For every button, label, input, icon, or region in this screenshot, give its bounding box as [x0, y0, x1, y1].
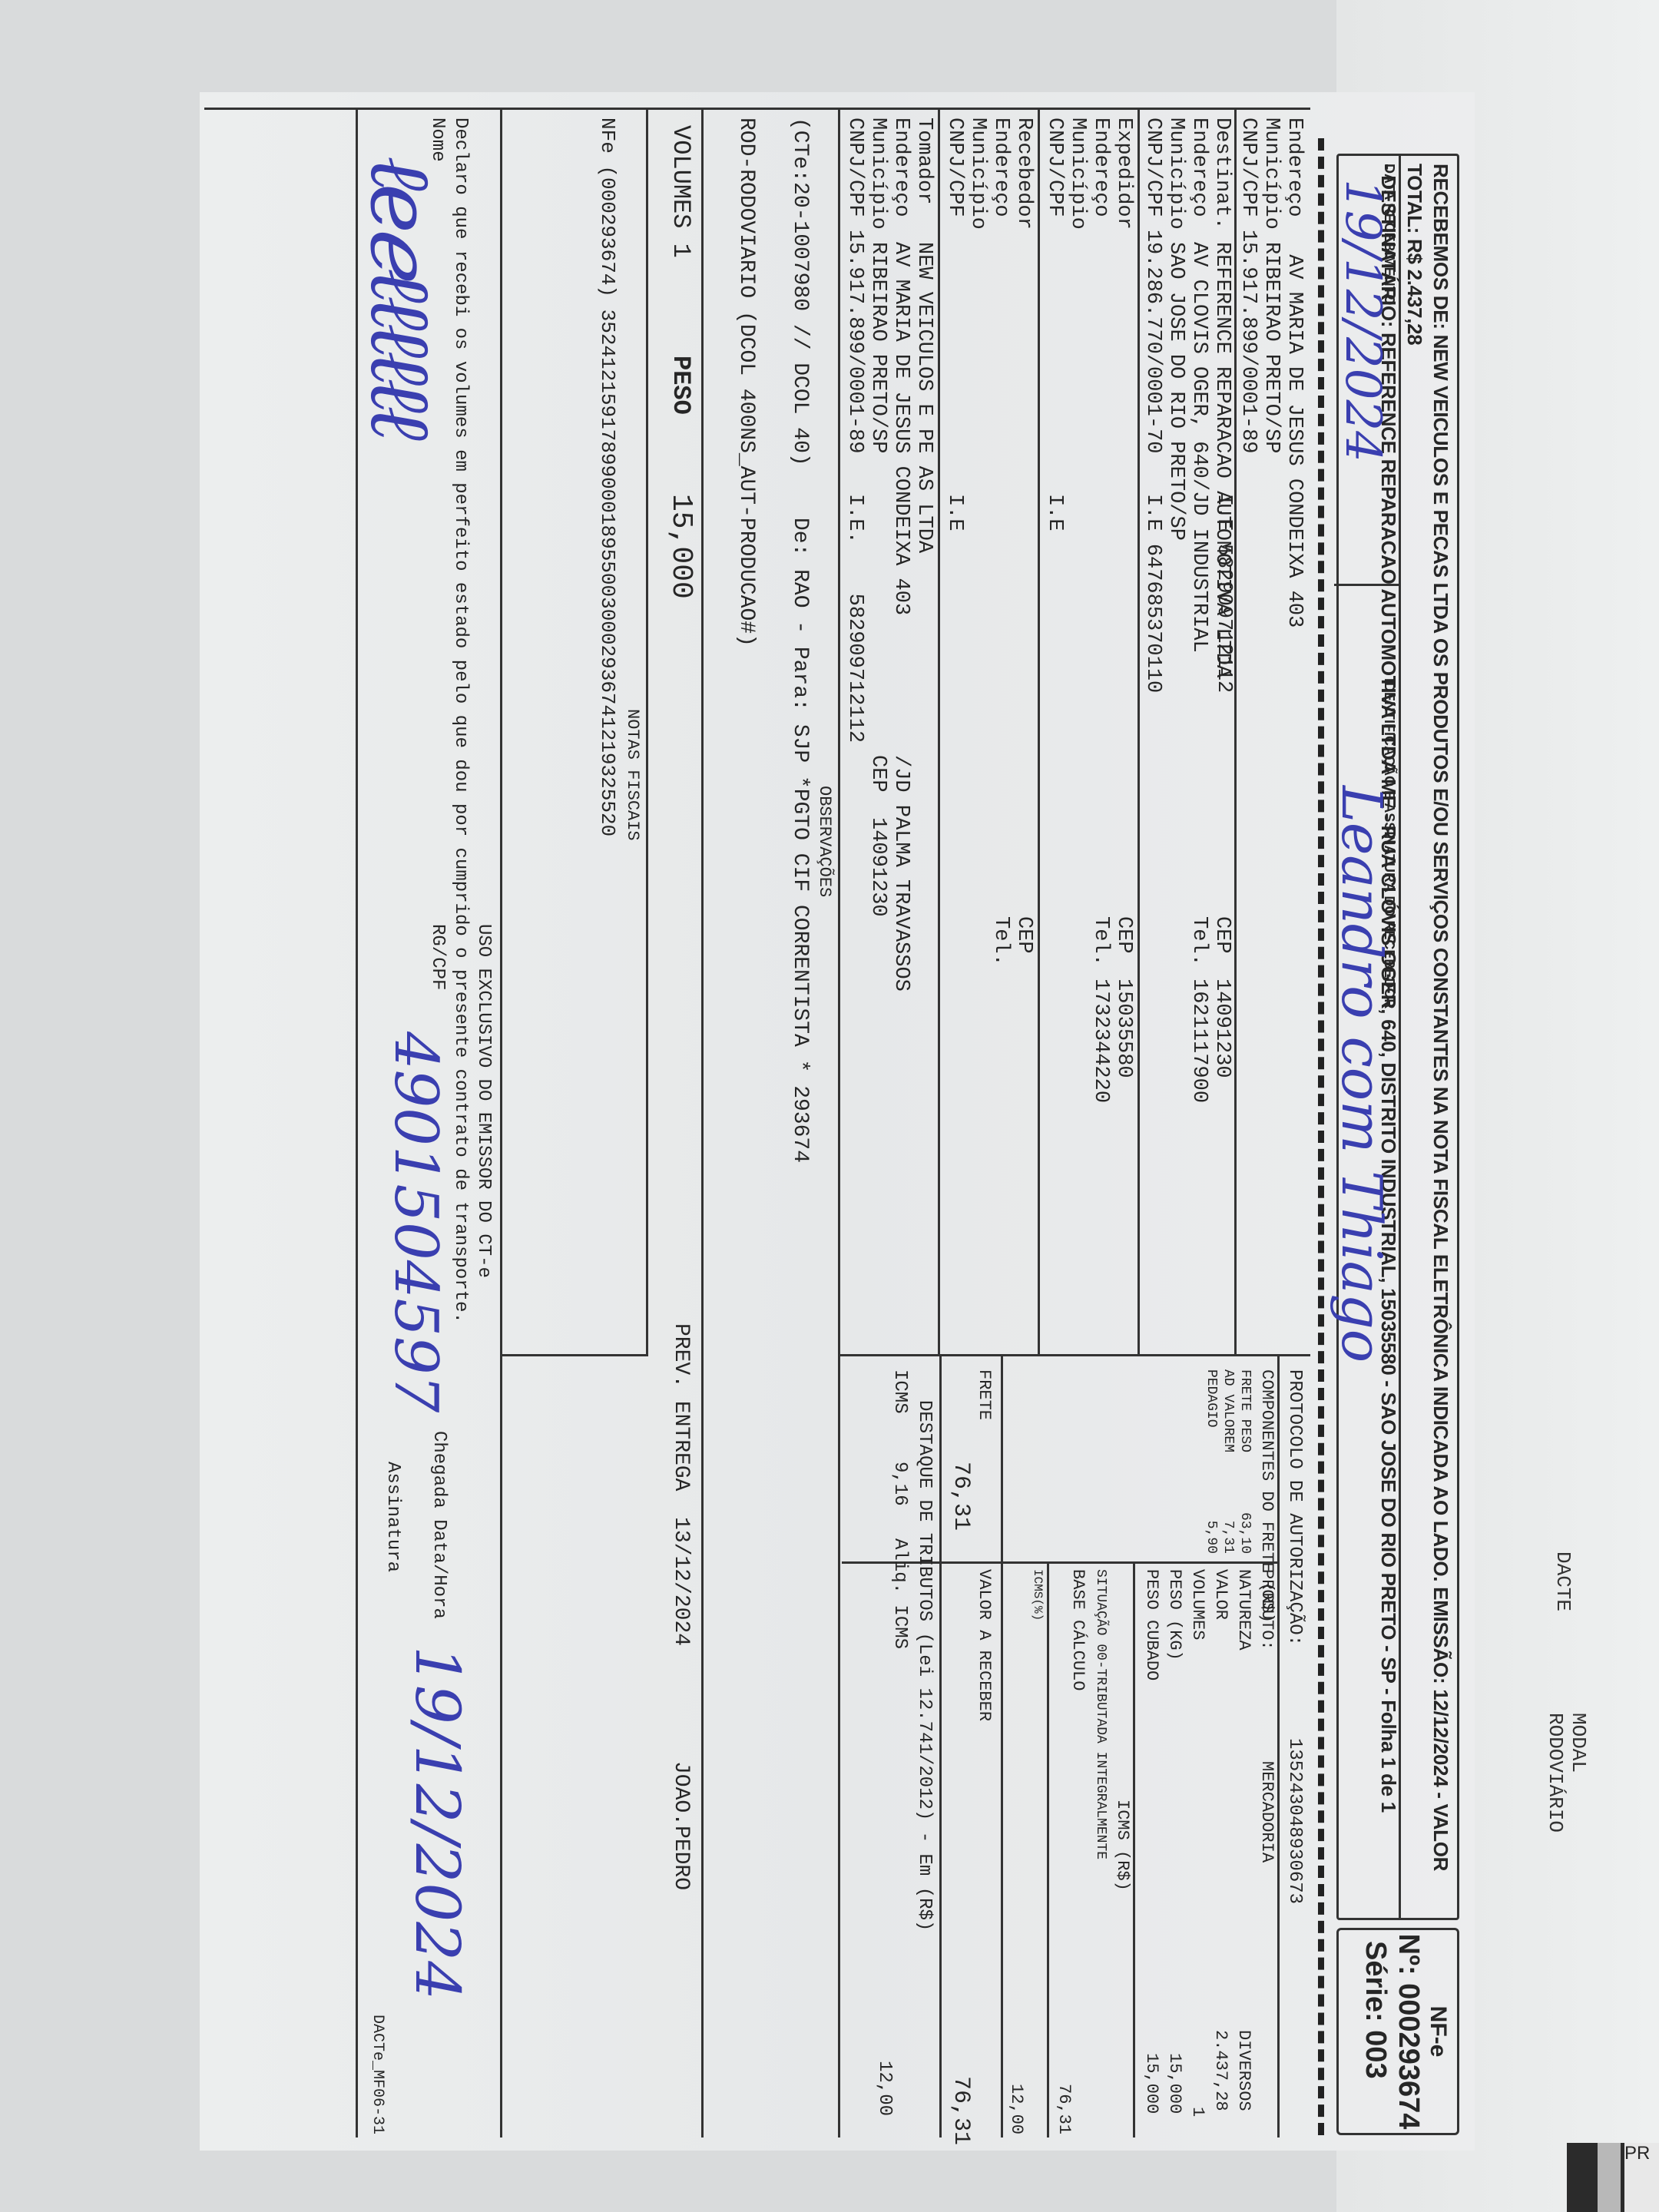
recebedor-tel-label: Tel.: [989, 916, 1012, 966]
receipt-date-handwriting: 19/12/2024: [1334, 179, 1391, 462]
valor-label: VALOR: [1212, 1569, 1229, 1620]
observacoes-title: OBSERVAÇÕES: [813, 786, 836, 897]
divider: [1047, 1561, 1049, 2137]
label: PREV. ENTREGA: [669, 1323, 693, 1491]
recebedor-cnpj-label: CNPJ/CPF: [943, 118, 966, 217]
receiver-signature-field[interactable]: IDENTIFICAÇÃO E ASSINATURA DO RECEBEDOR …: [1334, 586, 1399, 1918]
expedidor-cep: CEP 15035580: [1112, 916, 1135, 1078]
receipt-stub: RECEBEMOS DE: NEW VEICULOS E PECAS LTDA …: [1336, 154, 1459, 1920]
frete-value: 76,31: [949, 1462, 972, 1531]
divider: [356, 110, 358, 2137]
divider: [840, 1354, 1310, 1356]
rg-label: RG/CPF: [426, 924, 449, 990]
destinatario-endereco: Endereço AV CLOVIS OGER, 640/JD INDUSTRI…: [1187, 118, 1210, 653]
value: REFERENCE REPARACAO AUTOMOTIVA LTDA: [1210, 242, 1233, 677]
label: VOLUMES: [667, 125, 695, 228]
assinatura-label: Assinatura: [381, 1462, 404, 1572]
value: 1621117900: [1187, 979, 1210, 1103]
expedidor-endereco-label: Endereço: [1089, 118, 1112, 217]
notas-fiscais-title: NOTAS FISCAIS: [621, 709, 644, 841]
componente-label: PEDAGIO: [1203, 1369, 1220, 1428]
label: Tel.: [1187, 916, 1210, 966]
label: Município: [1260, 118, 1283, 230]
valor-receber-label: VALOR A RECEBER: [972, 1569, 995, 1721]
expedidor-municipio-label: Município: [1066, 118, 1089, 230]
chegada-handwriting: 19/12/2024: [402, 1646, 473, 2000]
label: I.E: [1141, 494, 1164, 531]
tributos-title: DESTAQUE DE TRIBUTOS (Lei 12.741/2012) -…: [912, 1400, 935, 1931]
prev-entrega: PREV. ENTREGA 13/12/2024: [665, 1323, 696, 1646]
value: 14091230: [866, 817, 889, 917]
value: 15035580: [1112, 979, 1135, 1078]
value: RIBEIRAO PRETO/SP: [1260, 242, 1283, 453]
divider: [938, 110, 940, 1354]
tomador-municipio: Município RIBEIRAO PRETO/SP: [866, 118, 889, 453]
componente-label: AD VALOREM: [1220, 1369, 1237, 1452]
peso-cubado-label: PESO CUBADO: [1143, 1569, 1160, 1681]
icms-title: ICMS (R$): [1114, 1800, 1131, 1891]
value: 582909712112: [843, 594, 866, 743]
divider: [1038, 110, 1040, 1354]
label: CEP: [1210, 916, 1233, 954]
componente-label: FRETE PESO: [1237, 1369, 1253, 1452]
divider: [502, 1354, 648, 1356]
tomador-ie: I.E. 582909712112: [843, 494, 866, 743]
divider: [942, 1561, 1003, 1564]
dacte-document: RECEBEMOS DE: NEW VEICULOS E PECAS LTDA …: [200, 92, 1475, 2151]
recebedor-municipio-label: Município: [966, 118, 989, 230]
observacoes-line2: ROD-RODOVIARIO (DCOL 400NS_AUT-PRODUCAO#…: [734, 118, 757, 647]
natureza-label: NATUREZA: [1235, 1569, 1252, 1651]
divider: [939, 1354, 942, 2137]
valor-value: 2.437,28: [1212, 2030, 1229, 2111]
componente-value: 63,10: [1237, 1512, 1253, 1554]
label: Endereço: [1187, 118, 1210, 217]
dacte-label: DACTE: [1551, 1551, 1575, 1611]
rg-handwriting: 4901504597: [381, 1031, 450, 1412]
label: CEP: [1112, 916, 1135, 954]
destinatario-nome: Destinat. REFERENCE REPARACAO AUTOMOTIVA…: [1210, 118, 1233, 677]
label: Tel.: [1089, 916, 1112, 966]
divider: [1001, 1354, 1003, 2137]
remetente-cnpj: CNPJ/CPF 15.917.899/0001-89: [1237, 118, 1260, 453]
value: 1: [667, 243, 695, 258]
dacte-body: Endereço AV MARIA DE JESUS CONDEIXA 403 …: [204, 108, 1310, 2135]
componente-row: PEDAGIO5,90: [1203, 1369, 1220, 1554]
nome-label: Nome: [426, 118, 449, 162]
recebedor-label: Recebedor: [1012, 118, 1035, 230]
componentes-list: FRETE PESO63,10AD VALOREM7,31PEDAGIO5,90: [1203, 1369, 1253, 1554]
value: RIBEIRAO PRETO/SP: [866, 242, 889, 453]
label: Tomador: [912, 118, 935, 204]
destinatario-tel: Tel. 1621117900: [1187, 916, 1210, 1103]
divider: [500, 110, 502, 2137]
peso-label: PESO: [665, 356, 696, 415]
frete-label: FRETE: [972, 1369, 995, 1420]
label: Município: [1164, 118, 1187, 230]
divider: [646, 110, 648, 1354]
nfe-box: NF-e Nº: 000293674 Série: 003: [1336, 1928, 1459, 2135]
corner-tab: PR: [1624, 2143, 1659, 2212]
value: AV CLOVIS OGER, 640/JD INDUSTRIAL: [1187, 242, 1210, 653]
componente-value: 7,31: [1220, 1521, 1237, 1554]
value: 15.917.899/0001-89: [843, 230, 866, 454]
value: AV MARIA DE JESUS CONDEIXA 403: [889, 242, 912, 615]
value: 19.286.770/0001-70: [1141, 230, 1164, 454]
value: 13/12/2024: [669, 1517, 693, 1646]
label: CEP: [866, 755, 889, 793]
label: Destinat.: [1210, 118, 1233, 230]
icms-situacao: SITUAÇÃO 00-TRIBUTADA INTEGRALMENTE: [1092, 1569, 1109, 1859]
destinatario-cnpj: CNPJ/CPF 19.286.770/0001-70: [1141, 118, 1164, 453]
value: 647685370110: [1141, 544, 1164, 693]
produto-label: PRODUTO:: [1258, 1569, 1275, 1651]
receipt-date-field[interactable]: DATA RECEBIMENTO 19/12/2024: [1334, 156, 1399, 586]
label: Município: [866, 118, 889, 230]
form-code: DACTe_MF06-31: [366, 2015, 389, 2134]
produto-value: MERCADORIA: [1258, 1761, 1275, 1863]
divider: [1277, 1354, 1280, 2137]
tributos-icms-label: ICMS: [888, 1369, 911, 1414]
icms-base-value: 76,31: [1055, 2084, 1072, 2134]
peso-kg-label: PESO (KG): [1166, 1569, 1183, 1661]
icms-base-label: BASE CÁLCULO: [1069, 1569, 1086, 1690]
label: I.E.: [843, 494, 866, 544]
tomador-nome: Tomador NEW VEICULOS E PE AS LTDA: [912, 118, 935, 553]
protocolo-label: PROTOCOLO DE AUTORIZAÇÃO:: [1283, 1369, 1306, 1646]
icms-aliq-value: 12,00: [1008, 2084, 1025, 2134]
label: Endereço: [889, 118, 912, 217]
receipt-statement-line1: RECEBEMOS DE: NEW VEICULOS E PECAS LTDA …: [1402, 164, 1454, 1910]
recebedor-cep-label: CEP: [1012, 916, 1035, 954]
expedidor-tel: Tel. 1732344220: [1089, 916, 1112, 1103]
divider: [1234, 110, 1237, 1354]
value: AV MARIA DE JESUS CONDEIXA 403: [1283, 254, 1306, 628]
expedidor-cnpj-label: CNPJ/CPF: [1043, 118, 1066, 217]
label: CNPJ/CPF: [1237, 118, 1260, 217]
divider: [701, 110, 704, 2137]
notas-fiscais-line: NFe (000293674) 352412159178990001895500…: [596, 118, 619, 836]
natureza-value: DIVERSOS: [1235, 2030, 1252, 2111]
value: NEW VEICULOS E PE AS LTDA: [912, 242, 935, 553]
componente-row: FRETE PESO63,10: [1237, 1369, 1253, 1554]
icms-aliq-label: ICMS(%): [1029, 1569, 1046, 1621]
recebedor-endereco-label: Endereço: [989, 118, 1012, 217]
tomador-cep: CEP 14091230: [866, 755, 889, 917]
value: 1732344220: [1089, 979, 1112, 1103]
volumes-label: VOLUMES: [1189, 1569, 1206, 1640]
declaracao-title: USO EXCLUSIVO DO EMISSOR DO CT-e: [472, 924, 495, 1278]
protocolo-value: 135243048930673: [1283, 1738, 1306, 1904]
divider: [838, 110, 840, 2137]
modal-label: MODAL RODOVIÁRIO: [1544, 1713, 1590, 1833]
tomador-endereco-compl: /JD PALMA TRAVASSOS: [889, 755, 912, 992]
value: 15.917.899/0001-89: [1237, 230, 1260, 454]
declaracao-text: Declaro que recebi os volumes em perfeit…: [449, 118, 472, 1323]
componente-value: 5,90: [1203, 1521, 1220, 1554]
receipt-statement: RECEBEMOS DE: NEW VEICULOS E PECAS LTDA …: [1399, 156, 1457, 1918]
label: CNPJ/CPF: [843, 118, 866, 217]
observacoes-line1: (CTe:20-1007980 // DCOL 40) De: RAO - Pa…: [788, 118, 811, 1163]
cut-line: [1318, 138, 1324, 2135]
destinatario-municipio: Município SAO JOSE DO RIO PRETO/SP: [1164, 118, 1187, 541]
remetente-municipio: Município RIBEIRAO PRETO/SP: [1260, 118, 1283, 453]
tributos-aliq-value: 12,00: [873, 2061, 896, 2116]
nfe-title: NF-e: [1425, 1930, 1451, 2133]
remetente-endereco: Endereço AV MARIA DE JESUS CONDEIXA 403: [1283, 118, 1306, 628]
expedidor-ie-label: I.E: [1043, 494, 1066, 531]
valor-receber-value: 76,31: [949, 2076, 972, 2145]
volumes-value: 1: [1189, 2107, 1206, 2117]
destinatario-cep: CEP 14091230: [1210, 916, 1233, 1078]
recebedor-ie-label: I.E: [943, 494, 966, 531]
tributos-icms-value: 9,16: [888, 1462, 911, 1506]
label: Endereço: [1283, 118, 1306, 217]
tributos-aliq-label: Aliq. ICMS: [888, 1538, 911, 1649]
corner-tab-label: PR: [1624, 2143, 1650, 2164]
peso-cubado-value: 15,000: [1143, 2053, 1160, 2114]
volumes: VOLUMES 1: [665, 125, 696, 258]
operador: JOAO.PEDRO: [665, 1761, 696, 1890]
divider: [1137, 110, 1140, 1354]
divider: [1133, 1561, 1135, 2137]
tomador-cnpj: CNPJ/CPF 15.917.899/0001-89: [843, 118, 866, 453]
tomador-endereco: Endereço AV MARIA DE JESUS CONDEIXA 403: [889, 118, 912, 615]
componente-row: AD VALOREM7,31: [1220, 1369, 1237, 1554]
corner-grey-strip: [1598, 2143, 1621, 2212]
value: 14091230: [1210, 979, 1233, 1078]
chegada-label: Chegada Data/Hora: [427, 1431, 450, 1619]
destinatario-ie: I.E 647685370110: [1141, 494, 1164, 693]
peso-kg-value: 15,000: [1166, 2053, 1183, 2114]
nfe-number: Nº: 000293674: [1392, 1930, 1425, 2133]
signature-scribble: ℓeℯℓℓℓℓℓℓ: [351, 156, 450, 433]
nfe-series: Série: 003: [1359, 1930, 1392, 2133]
label: CNPJ/CPF: [1141, 118, 1164, 217]
peso-value: 15,000: [665, 494, 696, 599]
expedidor-label: Expedidor: [1112, 118, 1135, 230]
receiver-signature-handwriting: Leandro com Thiago: [1330, 786, 1394, 1363]
value: SAO JOSE DO RIO PRETO/SP: [1164, 242, 1187, 541]
